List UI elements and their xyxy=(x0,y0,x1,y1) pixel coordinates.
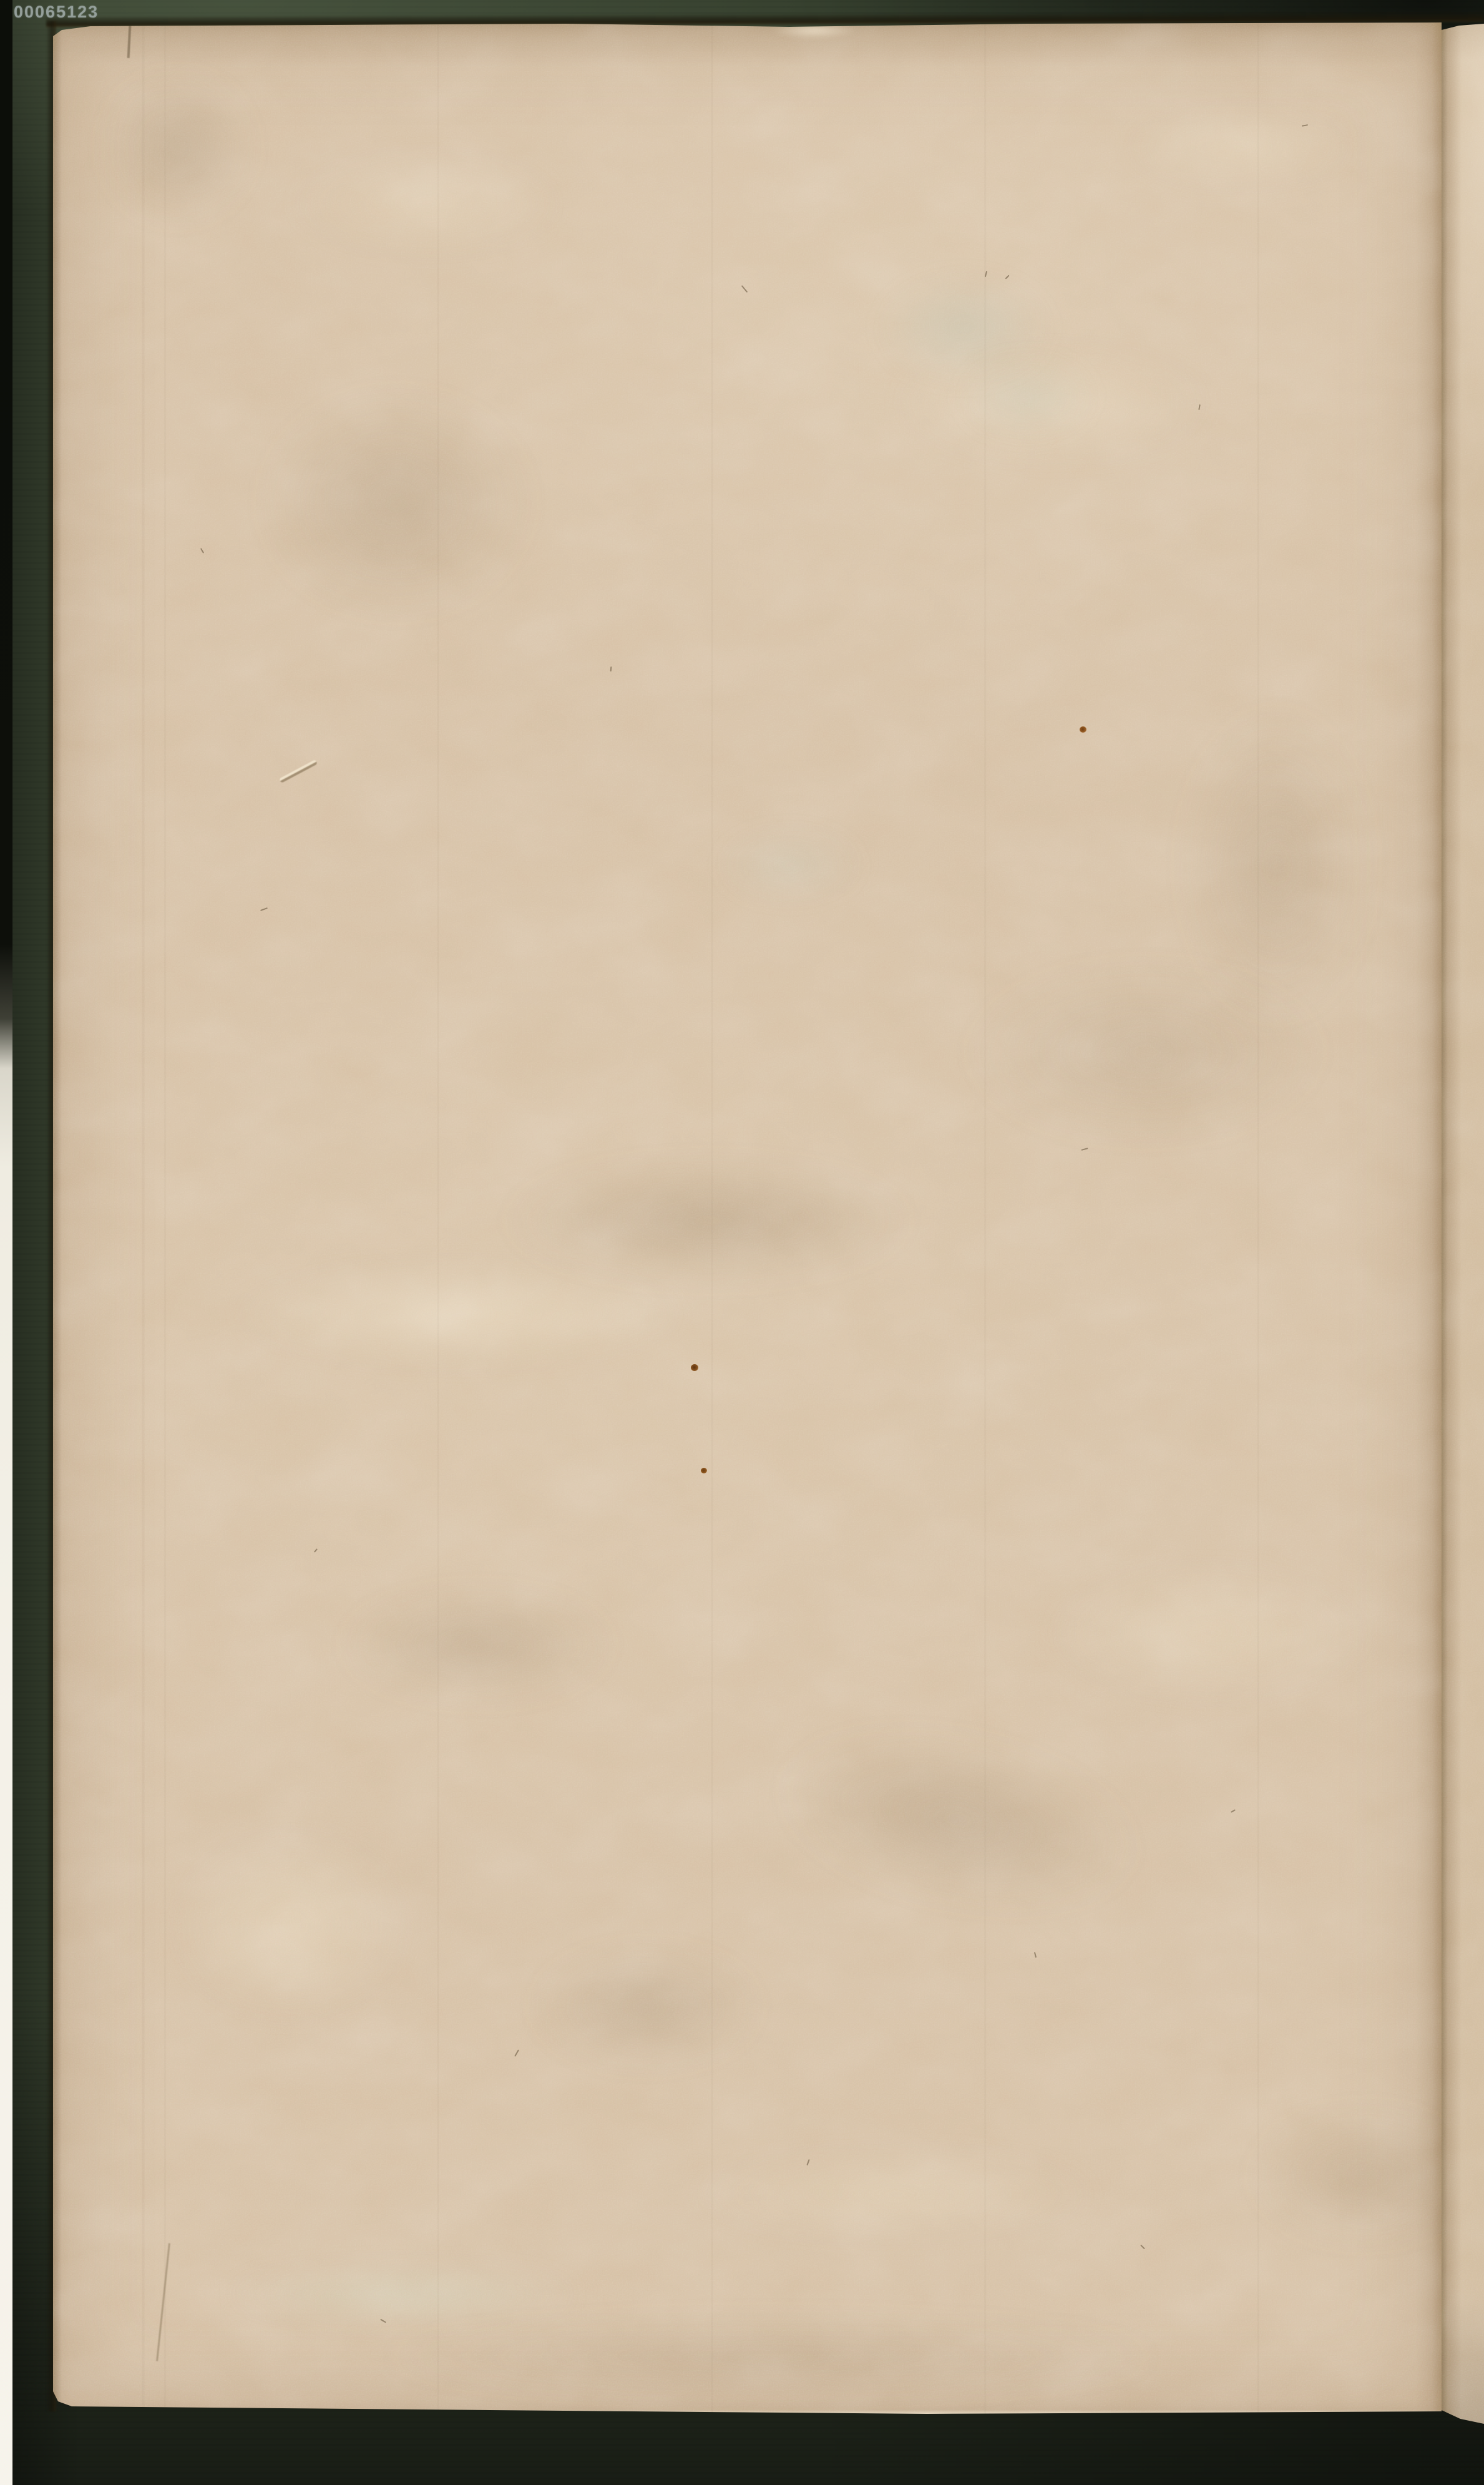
book-scan-photograph: 00065123 xyxy=(0,0,1484,2485)
gutter-grain-noise xyxy=(1442,22,1484,2425)
scanner-edge-strip xyxy=(0,0,12,2485)
id-stamp: 00065123 xyxy=(14,2,99,22)
page-gutter-fold xyxy=(1442,22,1484,2425)
paper-grain-noise xyxy=(53,22,1442,2415)
blank-book-page xyxy=(53,22,1442,2415)
foxing-speck xyxy=(701,1468,707,1473)
foxing-speck xyxy=(1080,726,1086,733)
foxing-speck xyxy=(691,1364,698,1371)
